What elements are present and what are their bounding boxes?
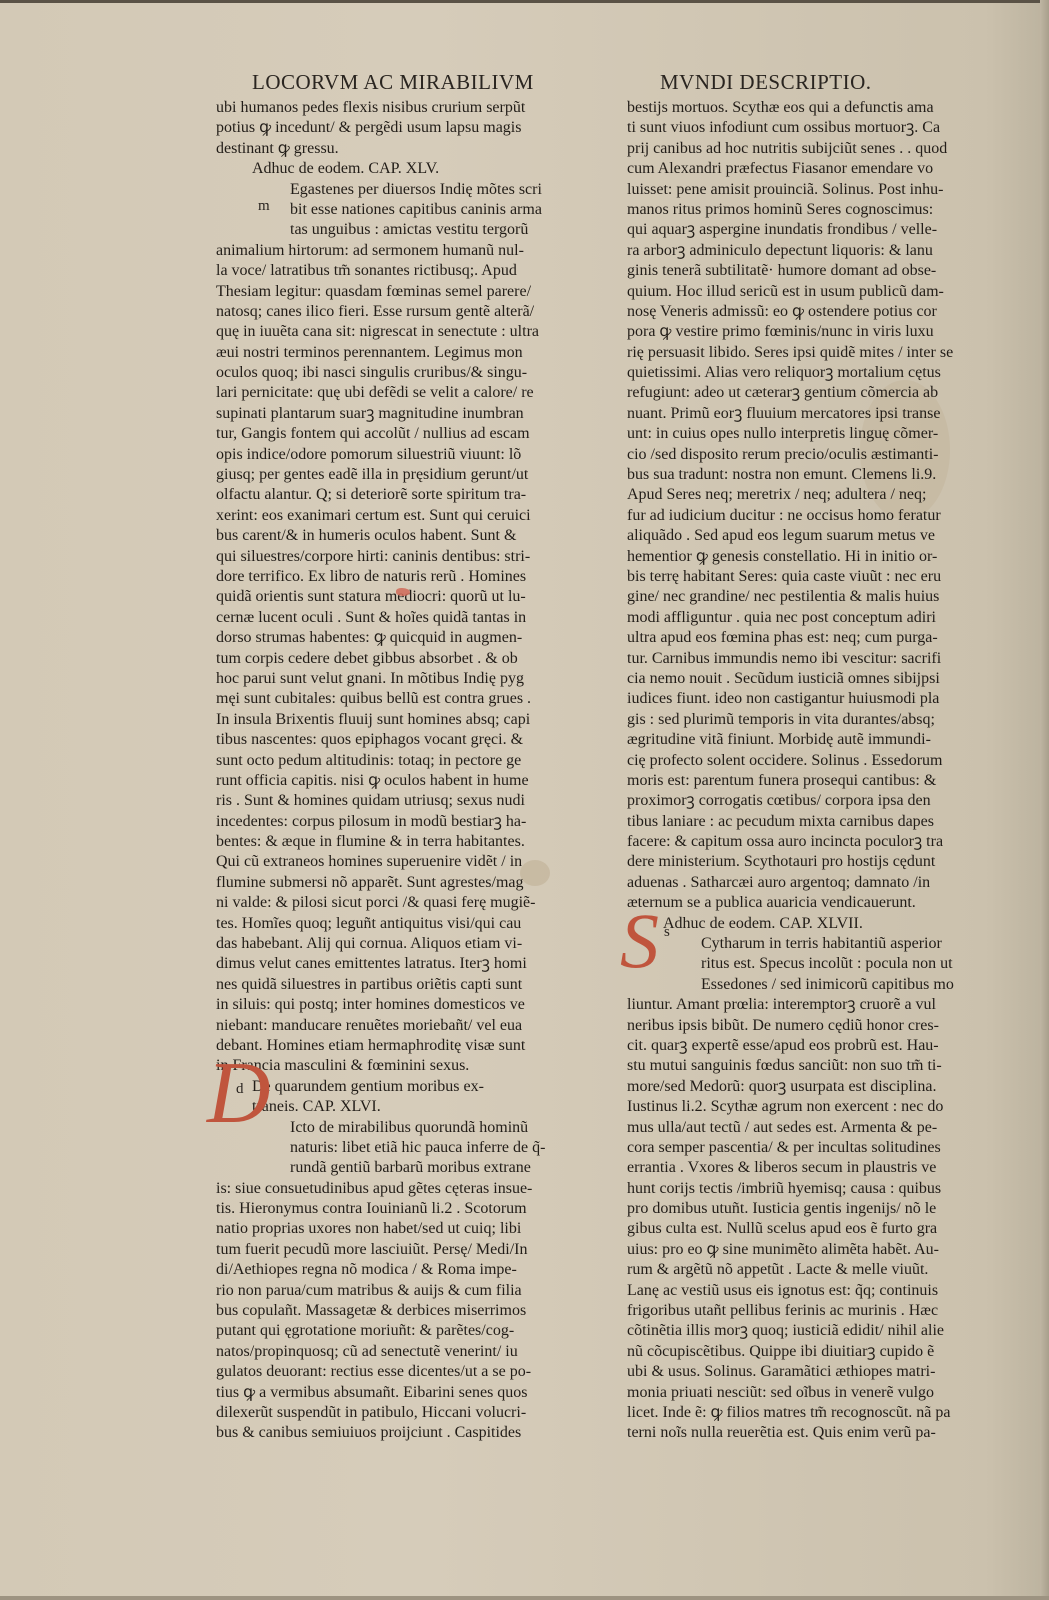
text-line: flumine submersi nõ apparẽt. Sunt agrest… — [216, 873, 556, 893]
text-column-right: bestĳs mortuos. Scythæ eos qui a defunct… — [627, 98, 970, 1444]
text-line: quidã orientis sunt statura mediocri: qu… — [216, 587, 556, 607]
text-line: cum Alexandri præfectus Fiasanor emendar… — [627, 159, 970, 179]
text-line: hunt corĳs tectis /imbriũ hyemisq; causa… — [627, 1179, 970, 1199]
text-line: tur. Carnibus immundis nemo ibi vescitur… — [627, 649, 970, 669]
text-line: frigoribus utañt pellibus ferinis ac mur… — [627, 1301, 970, 1321]
text-line: putant qui ęgrotatione moriuñt: & parẽte… — [216, 1321, 556, 1341]
text-line: tas unguibus : amictas vestitu tergorũ — [216, 220, 556, 240]
text-line: neribus ipsis bibũt. De numero cędiũ hon… — [627, 1016, 970, 1036]
text-line: licet. Inde ẽ: ꝙ filios matres tm̃ recog… — [627, 1403, 970, 1423]
text-line: ra arborꝫ adminiculo depectunt liquoris:… — [627, 241, 970, 261]
text-line: hoc parui sunt velut gnani. In mõtibus I… — [216, 669, 556, 689]
text-line: aliquãdo . Sed apud eos legum suarum met… — [627, 526, 970, 546]
text-line: rundã gentiũ barbarũ moribus extrane — [216, 1158, 556, 1178]
text-line: dimus velut canes emittentes latratus. I… — [216, 954, 556, 974]
text-line: animalium hirtorum: ad sermonem humanũ n… — [216, 241, 556, 261]
text-line: qui siluestres/corpore hirti: caninis de… — [216, 547, 556, 567]
text-line: bus carent/& in humeris oculos habent. S… — [216, 526, 556, 546]
text-line: stu mutui sanguinis fœdus sanciũt: non s… — [627, 1056, 970, 1076]
text-line: ubi humanos pedes flexis nisibus crurium… — [216, 98, 556, 118]
text-line: moris est: parentum funera prosequi cant… — [627, 771, 970, 791]
text-line: aduenas . Satharcæi auro argentoq; damna… — [627, 873, 970, 893]
text-line: tur, Gangis fontem qui accolũt / nullius… — [216, 424, 556, 444]
text-line: xerint: eos exanimari certum est. Sunt q… — [216, 506, 556, 526]
text-line: ægritudine vitã finiunt. Morbidę autẽ im… — [627, 730, 970, 750]
text-line: bus sua tradunt: nostra non emunt. Cleme… — [627, 465, 970, 485]
text-line: bentes: & æque in flumine & in terra hab… — [216, 832, 556, 852]
text-line: gulatos deuorant: rectius esse dicentes/… — [216, 1362, 556, 1382]
text-line: Apud Seres neq; meretrix / neq; adultera… — [627, 485, 970, 505]
text-line: gibus culta est. Nullũ scelus apud eos ẽ… — [627, 1219, 970, 1239]
text-line: nosę Veneris admissũ: eo ꝙ ostendere pot… — [627, 302, 970, 322]
text-line: natio proprias uxores non habet/sed ut c… — [216, 1219, 556, 1239]
text-line: tibus nascentes: quos epiphagos vocant g… — [216, 730, 556, 750]
text-line: tes. Homĩes quoq; leguñt antiquitus visi… — [216, 914, 556, 934]
text-line: quę in iuuẽta cana sit: nigrescat in sen… — [216, 322, 556, 342]
text-line: prĳ canibus ad hoc nutritis subĳciũt sen… — [627, 139, 970, 159]
text-line: cõtinẽtia illis morꝫ quoq; iusticiã edid… — [627, 1321, 970, 1341]
text-line: cię profecto solent occidere. Solinus . … — [627, 751, 970, 771]
text-line: cit. quarꝫ expertẽ esse/apud eos probrũ … — [627, 1036, 970, 1056]
text-line: quium. Hoc illud sericũ est in usum publ… — [627, 282, 970, 302]
text-line: runt officia capitis. nisi ꝙ oculos habe… — [216, 771, 556, 791]
text-line: pro domibus utuñt. Iusticia gentis ingen… — [627, 1199, 970, 1219]
text-line: ginis tenerã subtilitatẽ· humore domant … — [627, 261, 970, 281]
text-line: potius ꝙ incedunt/ & pergẽdi usum lapsu … — [216, 118, 556, 138]
text-line: incedentes: corpus pilosum in modũ besti… — [216, 812, 556, 832]
text-line: qui aquarꝫ aspergine inundatis frondibus… — [627, 220, 970, 240]
text-line: proximorꝫ corrogatis cœtibus/ corpora ip… — [627, 791, 970, 811]
text-line: rum & argẽtũ nõ appetũt . Lacte & melle … — [627, 1260, 970, 1280]
text-line: tis. Hieronymus contra Iouinianũ li.2 . … — [216, 1199, 556, 1219]
text-line: Thesiam legitur: quasdam fœminas semel p… — [216, 282, 556, 302]
text-line: bis terrę habitant Seres: quia caste viu… — [627, 567, 970, 587]
text-line: natos/propinquosq; cũ ad senectutẽ vener… — [216, 1342, 556, 1362]
text-line: refugiunt: adeo ut cæterarꝫ gentium cõme… — [627, 383, 970, 403]
text-line: nũ cõcupiscẽtibus. Quippe ibi diuitiarꝫ … — [627, 1342, 970, 1362]
text-line: quietissimi. Alias vero reliquorꝫ mortal… — [627, 363, 970, 383]
text-line: uius: pro eo ꝙ sine munimẽto alimẽta hab… — [627, 1240, 970, 1260]
text-line: męi sunt cubitales: quibus bellũ est con… — [216, 689, 556, 709]
text-line: ultra apud eos fœmina phas est: neq; cum… — [627, 628, 970, 648]
text-line: luisset: pene amisit prouinciã. Solinus.… — [627, 180, 970, 200]
text-line: niebant: manducare renuẽtes moriebañt/ v… — [216, 1016, 556, 1036]
text-line: monia priuati nesciũt: sed oĩbus in vene… — [627, 1383, 970, 1403]
book-page: LOCORVM AC MIRABILIVM MVNDI DESCRIPTIO. … — [0, 0, 1049, 1600]
text-line: In insula Brixentis fluuij sunt homines … — [216, 710, 556, 730]
text-line: lari pernicitate: quę ubi defẽdi se veli… — [216, 383, 556, 403]
text-line: Cytharum in terris habitantiũ asperior — [627, 934, 970, 954]
text-line: opis indice/odore pomorum siluestriũ viu… — [216, 445, 556, 465]
dropcap-initial-s: S — [620, 902, 659, 980]
text-line: ritus est. Specus incolũt : pocula non u… — [627, 954, 970, 974]
text-line: Egastenes per diuersos Indię mõtes scri — [216, 180, 556, 200]
text-line: dere ministerium. Scythotauri pro hostĳs… — [627, 852, 970, 872]
text-line: cernæ lucent oculi . Sunt & hoĩes quidã … — [216, 608, 556, 628]
text-line: dore terrifico. Ex libro de naturis rerũ… — [216, 567, 556, 587]
text-line: das habebant. Alij qui cornua. Aliquos e… — [216, 934, 556, 954]
text-line: ti sunt viuos infodiunt cum ossibus mort… — [627, 118, 970, 138]
text-line: Qui cũ extraneos homines superuenire vid… — [216, 852, 556, 872]
text-line: terni noĩs nulla reuerẽtia est. Quis eni… — [627, 1423, 970, 1443]
text-line: natosq; canes ilico fieri. Esse rursum g… — [216, 302, 556, 322]
chapter-heading: Adhuc de eodem. CAP. XLVII. — [627, 914, 970, 934]
text-line: Lanę ac vestiũ usus eis ignotus est: q̃q… — [627, 1281, 970, 1301]
text-line: cia nemo nouit . Secũdum iusticiã omnes … — [627, 669, 970, 689]
text-line: bestĳs mortuos. Scythæ eos qui a defunct… — [627, 98, 970, 118]
page-right-edge — [1040, 0, 1049, 1600]
text-line: sunt octo pedum altitudinis: totaq; in p… — [216, 751, 556, 771]
text-line: destinant ꝙ gressu. — [216, 139, 556, 159]
text-line: gis : sed plurimũ temporis in vita duran… — [627, 710, 970, 730]
text-line: tum fuerit pecudũ more lasciuiũt. Persę/… — [216, 1240, 556, 1260]
text-line: di/Aethiopes regna nõ modica / & Roma im… — [216, 1260, 556, 1280]
text-line: gine/ nec grandine/ nec pestilentia & ma… — [627, 587, 970, 607]
text-line: tum corpis cedere debet gibbus absorbet … — [216, 649, 556, 669]
page-top-edge — [0, 0, 1049, 3]
guide-letter-d: d — [236, 1081, 244, 1098]
chapter-heading: Adhuc de eodem. CAP. XLV. — [216, 159, 556, 179]
text-line: tius ꝙ a vermibus absumañt. Eibarini sen… — [216, 1383, 556, 1403]
text-column-left: ubi humanos pedes flexis nisibus crurium… — [216, 98, 556, 1444]
text-line: hementior ꝙ genesis constellatio. Hi in … — [627, 547, 970, 567]
guide-letter-m: m — [258, 198, 270, 215]
text-line: æternum se a publica auaricia vendicauer… — [627, 893, 970, 913]
text-line: fur ad iudicium ducitur : ne occisus hom… — [627, 506, 970, 526]
text-line: nuant. Primũ eorꝫ fluuium mercatores ips… — [627, 404, 970, 424]
rubric-mark — [396, 588, 410, 596]
text-line: cora semper pascentia/ & per incultas so… — [627, 1138, 970, 1158]
text-line: in siluis: qui postq; inter homines dome… — [216, 995, 556, 1015]
text-line: cio /sed disposito rerum precio/oculis æ… — [627, 445, 970, 465]
text-line: bus & canibus semiuiuos proĳciunt . Casp… — [216, 1423, 556, 1443]
page-bottom-edge — [0, 1596, 1049, 1600]
text-line: mus ulla/aut tectũ / aut sedes est. Arme… — [627, 1118, 970, 1138]
text-line: dorso strumas habentes: ꝙ quicquid in au… — [216, 628, 556, 648]
text-line: æui nostri terminos perennantem. Legimus… — [216, 343, 556, 363]
text-line: olfactu alantur. Q; si deteriorẽ sorte s… — [216, 485, 556, 505]
text-line: oculos quoq; ibi nasci singulis cruribus… — [216, 363, 556, 383]
text-line: supinati plantarum suarꝫ magnitudine inu… — [216, 404, 556, 424]
text-line: more/sed Medorũ: quorꝫ usurpata est disc… — [627, 1077, 970, 1097]
text-line: is: siue consuetudinibus apud gẽtes cęte… — [216, 1179, 556, 1199]
text-line: facere: & capitum ossa auro incincta poc… — [627, 832, 970, 852]
running-head-right: MVNDI DESCRIPTIO. — [660, 70, 872, 95]
text-line: la voce/ latratibus tm̃ sonantes rictibu… — [216, 261, 556, 281]
running-head-left: LOCORVM AC MIRABILIVM — [252, 70, 534, 95]
text-line: giusq; per gentes eadẽ illa in pręsidium… — [216, 465, 556, 485]
text-line: Iustinus li.2. Scythæ agrum non exercent… — [627, 1097, 970, 1117]
text-line: rio non parua/cum matribus & auĳs & cum … — [216, 1281, 556, 1301]
text-line: Essedones / sed inimicorũ capitibus mo — [627, 975, 970, 995]
text-line: errantia . Vxores & liberos secum in pla… — [627, 1158, 970, 1178]
text-line: pora ꝙ vestire primo fœminis/nunc in vir… — [627, 322, 970, 342]
text-line: rię persuasit libido. Seres ipsi quidẽ m… — [627, 343, 970, 363]
text-line: bus copulañt. Massagetæ & derbices miser… — [216, 1301, 556, 1321]
text-line: manos ritus primos hominũ Seres cognosci… — [627, 200, 970, 220]
text-line: iudices fiunt. ideo non castigantur huiu… — [627, 689, 970, 709]
text-line: unt: in cuius opes nullo interpretis lin… — [627, 424, 970, 444]
text-line: liuntur. Amant prœlia: interemptorꝫ cruo… — [627, 995, 970, 1015]
text-line: tibus laniare : ac pecudum mixta carnibu… — [627, 812, 970, 832]
text-line: dilexerũt suspendũt in patibulo, Hiccani… — [216, 1403, 556, 1423]
text-line: ubi & usus. Solinus. Garamãtici æthiopes… — [627, 1362, 970, 1382]
text-line: nes quidã siluestres in partibus oriẽtis… — [216, 975, 556, 995]
text-line: ni valde: & pilosi sicut porci /& quasi … — [216, 893, 556, 913]
text-line: modi affliguntur . quia nec post concept… — [627, 608, 970, 628]
guide-letter-s: s — [664, 924, 670, 941]
text-line: ris . Sunt & homines quidam utriusq; sex… — [216, 791, 556, 811]
